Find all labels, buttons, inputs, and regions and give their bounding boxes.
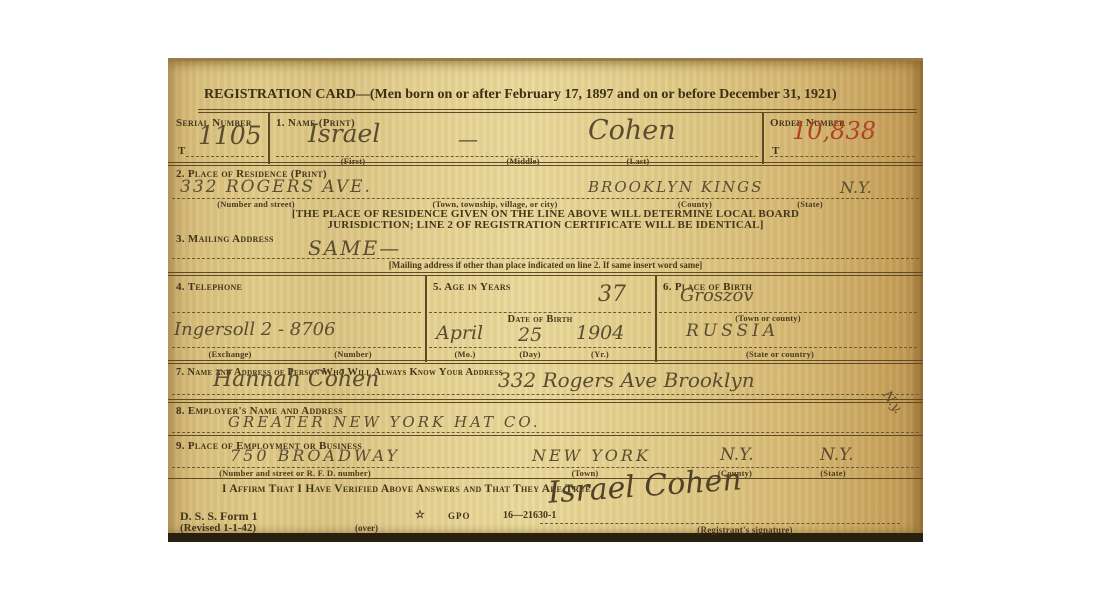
residence-state-value: N.Y. [840, 178, 872, 197]
row8-bottom-rule [168, 435, 923, 436]
signature-sub-label: (Registrant's signature) [697, 525, 792, 535]
dob-sub-year: (Yr.) [591, 349, 609, 359]
employment-town-value: NEW YORK [532, 446, 651, 465]
telephone-blank-line [172, 312, 421, 313]
serial-number-value: 1105 [198, 121, 262, 150]
divider-serial-name [268, 113, 270, 164]
divider-name-order [762, 113, 764, 164]
form-revision: (Revised 1-1-42) [180, 522, 256, 534]
telephone-label: 4. Telephone [176, 281, 242, 293]
telephone-value: Ingersoll 2 - 8706 [174, 319, 336, 340]
card-title-rest: —(Men born on or after February 17, 1897… [356, 87, 837, 102]
employer-entry-line [172, 432, 919, 433]
birthplace-sub-country: (State or country) [746, 349, 814, 359]
residence-street-value: 332 ROGERS AVE. [180, 177, 372, 197]
employment-sub-street: (Number and street or R. F. D. number) [219, 468, 371, 478]
row3-bottom-rule [168, 272, 923, 276]
name-last-value: Cohen [588, 115, 676, 146]
telephone-sub-number: (Number) [334, 349, 371, 359]
row1-bottom-rule [168, 162, 923, 166]
order-entry-line [770, 156, 915, 157]
contact-entry-line [172, 394, 919, 395]
gpo-print-number: 16—21630-1 [503, 510, 556, 521]
employment-sub-state: (State) [820, 468, 845, 478]
dob-sub-month: (Mo.) [454, 349, 475, 359]
birthplace-country-line [659, 347, 917, 348]
signature-line [540, 523, 900, 524]
card-title: REGISTRATION CARD—(Men born on or after … [204, 87, 837, 103]
order-number-value: 10,838 [792, 117, 876, 145]
affirmation-text: I Affirm That I Have Verified Above Answ… [222, 483, 594, 495]
contact-address-value: 332 Rogers Ave Brooklyn [498, 368, 755, 392]
employment-state-value: N.Y. [820, 445, 854, 465]
residence-notice-line2: JURISDICTION; LINE 2 OF REGISTRATION CER… [168, 219, 923, 231]
star-icon: ☆ [415, 508, 425, 521]
title-rule [198, 109, 917, 113]
mailing-label: 3. Mailing Address [176, 233, 274, 245]
mailing-value: SAME— [308, 236, 401, 260]
serial-prefix: T [178, 145, 185, 157]
divider-age-birth [655, 276, 657, 362]
mailing-entry-line [172, 258, 919, 259]
birth-year-value: 1904 [576, 322, 624, 344]
birthplace-country-value: RUSSIA [686, 321, 779, 341]
birth-day-value: 25 [518, 324, 542, 346]
employer-value: GREATER NEW YORK HAT CO. [228, 413, 541, 431]
row456-bottom-rule [168, 360, 923, 364]
name-first-value: Israel [308, 119, 380, 148]
birthplace-town-value: Groszov [680, 285, 754, 306]
age-label: 5. Age in Years [433, 281, 511, 293]
divider-telephone-age [425, 276, 427, 362]
name-middle-value: — [458, 127, 478, 151]
gpo-label: GPO [448, 511, 471, 521]
residence-city-value: BROOKLYN KINGS [588, 178, 763, 196]
over-note: (over) [355, 523, 378, 533]
employment-street-value: 750 BROADWAY [230, 446, 400, 465]
telephone-sub-exchange: (Exchange) [208, 349, 251, 359]
row9-bottom-rule [168, 478, 923, 479]
serial-entry-line [186, 156, 264, 157]
dob-entry-line [429, 347, 651, 348]
mailing-hint: [Mailing address if other than place ind… [168, 260, 923, 270]
row7-bottom-rule [168, 399, 923, 403]
age-value: 37 [598, 282, 626, 307]
contact-name-value: Hannah Cohen [213, 367, 379, 392]
birth-month-value: April [436, 322, 483, 344]
card-title-main: REGISTRATION CARD [204, 87, 356, 102]
dob-sub-day: (Day) [519, 349, 540, 359]
telephone-entry-line [172, 347, 421, 348]
age-divider-line [429, 312, 651, 313]
registration-card: REGISTRATION CARD—(Men born on or after … [168, 58, 923, 542]
